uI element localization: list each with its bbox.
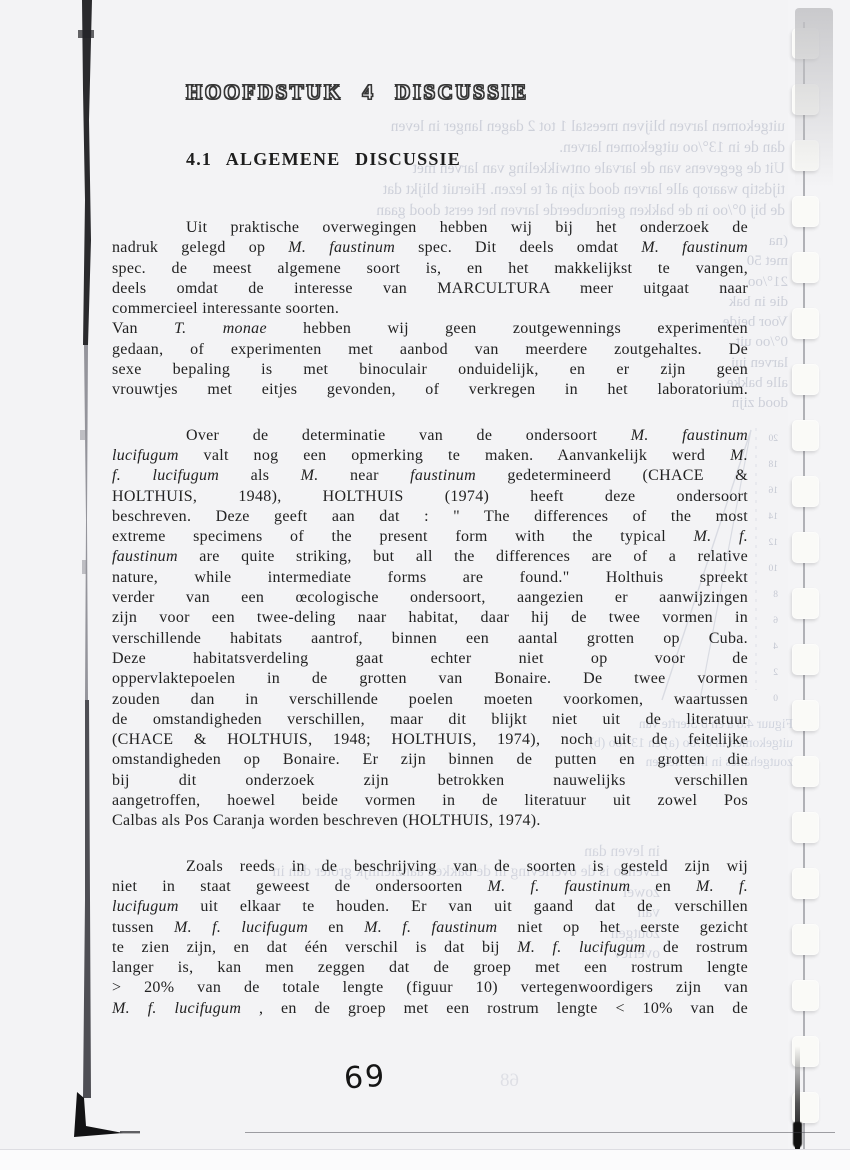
text-line: beschreven. Deze geeft aan dat : " The d… [112, 507, 748, 527]
text-line: Uit praktische overwegingen hebben wij b… [112, 218, 748, 238]
binding-tab [792, 476, 819, 507]
text-line: zijn voor een twee-deling naar habitat, … [112, 608, 748, 628]
text-line: nature, while intermediate forms are fou… [112, 568, 748, 588]
binding-tab [792, 924, 819, 955]
text-line: sexe bepaling is met binoculair onduidel… [112, 360, 748, 380]
binding-tab [792, 420, 819, 451]
text-line: nadruk gelegd op M. faustinum spec. Dit … [112, 238, 748, 258]
bottom-scanner-band [0, 1149, 850, 1170]
text-line: Calbas als Pos Caranja worden beschreven… [112, 811, 748, 831]
chapter-heading: HOOFDSTUK 4 DISCUSSIE [186, 80, 529, 105]
text-line: Over de determinatie van de ondersoort M… [112, 426, 748, 446]
binding-tab [792, 532, 819, 563]
text-line: tussen M. f. lucifugum en M. f. faustinu… [112, 918, 748, 938]
text-line: de omstandigheden verschillen, maar dit … [112, 710, 748, 730]
ghost-line: 0 [752, 686, 778, 712]
text-line: spec. de meest algemene soort is, en het… [112, 259, 748, 279]
text-line: verder van een œcologische ondersoort, a… [112, 588, 748, 608]
text-line: M. f. lucifugum , en de groep met een ro… [112, 999, 748, 1019]
section-heading: 4.1 ALGEMENE DISCUSSIE [186, 149, 461, 170]
text-column: Uit praktische overwegingen hebben wij b… [112, 218, 748, 1019]
text-line: (CHACE & HOLTHUIS, 1948; HOLTHUIS, 1974)… [112, 730, 748, 750]
text-line: zouden dan in verschillende poelen moete… [112, 690, 748, 710]
text-line: te zien zijn, en dat één verschil is dat… [112, 938, 748, 958]
binding-tab [792, 980, 819, 1011]
text-line: verschillende habitats aantrof, binnen e… [112, 629, 748, 649]
ghost-line: tijdstip waarop alle larven dood zijn af… [205, 179, 785, 200]
text-line: faustinum are quite striking, but all th… [112, 547, 748, 567]
binding-tab [792, 756, 819, 787]
text-line: deels omdat de interesse van MARCULTURA … [112, 279, 748, 299]
paragraph: Uit praktische overwegingen hebben wij b… [112, 218, 748, 319]
text-line: Van T. monae hebben wij geen zoutgewenni… [112, 319, 748, 339]
binding-tab [792, 588, 819, 619]
paragraph: Zoals reeds in de beschrijving van de so… [112, 857, 748, 1019]
text-line: f. lucifugum als M. near faustinum gedet… [112, 466, 748, 486]
binding-tab [792, 644, 819, 675]
text-line: HOLTHUIS, 1948), HOLTHUIS (1974) heeft d… [112, 487, 748, 507]
text-line: extreme specimens of the present form wi… [112, 527, 748, 547]
paragraph: Over de determinatie van de ondersoort M… [112, 426, 748, 832]
ghost-line: 8 [752, 582, 778, 608]
ghost-line: 12 [752, 530, 778, 556]
text-line: Deze habitatsverdeling gaat echter niet … [112, 649, 748, 669]
bottom-scan-line [245, 1132, 835, 1133]
text-line: commercieel interessante soorten. [112, 299, 748, 319]
text-line: Zoals reeds in de beschrijving van de so… [112, 857, 748, 877]
binding-tab [792, 308, 819, 339]
ghost-line: 2 [752, 660, 778, 686]
binding-tab [792, 700, 819, 731]
scanned-page: uitgekomen larven blijven meestal 1 tot … [0, 0, 850, 1170]
paragraph: Van T. monae hebben wij geen zoutgewenni… [112, 319, 748, 400]
ghost-line: 14 [752, 504, 778, 530]
binding-tab [792, 252, 819, 283]
ghost-line: 20 [752, 426, 778, 452]
text-line: niet in staat geweest de ondersoorten M.… [112, 877, 748, 897]
top-right-scan-shadow [795, 8, 833, 208]
ghost-line: 4 [752, 634, 778, 660]
ghost-line: 10 [752, 556, 778, 582]
ghost-page-number: 68 [500, 1070, 519, 1092]
ghost-figure-axis-ticks: 20181614121086420 [752, 426, 778, 712]
text-line: bij dit onderzoek zijn betrokken nauweli… [112, 771, 748, 791]
binding-tab [792, 868, 819, 899]
text-line: langer is, kan men zeggen dat de groep m… [112, 958, 748, 978]
text-line: oppervlaktepoelen in de grotten van Bona… [112, 669, 748, 689]
text-line: gedaan, of experimenten met aanbod van m… [112, 340, 748, 360]
binding-tab [792, 812, 819, 843]
text-line: omstandigheden op Bonaire. Er zijn binne… [112, 750, 748, 770]
binding-tab [792, 364, 819, 395]
ghost-line: 16 [752, 478, 778, 504]
page-number: 69 [343, 1059, 388, 1097]
ghost-line: 18 [752, 452, 778, 478]
text-line: aangetroffen, hoewel beide vormen in de … [112, 791, 748, 811]
text-line: lucifugum valt nog een opmerking te make… [112, 446, 748, 466]
text-line: lucifugum uit elkaar te houden. Er van u… [112, 897, 748, 917]
bottom-right-ink-blob [793, 1122, 802, 1148]
text-line: > 20% van de totale lengte (figuur 10) v… [112, 978, 748, 998]
ghost-line: uitgekomen larven blijven meestal 1 tot … [205, 116, 785, 137]
ghost-line: 6 [752, 608, 778, 634]
text-line: vrouwtjes met eitjes gevonden, of verkre… [112, 380, 748, 400]
